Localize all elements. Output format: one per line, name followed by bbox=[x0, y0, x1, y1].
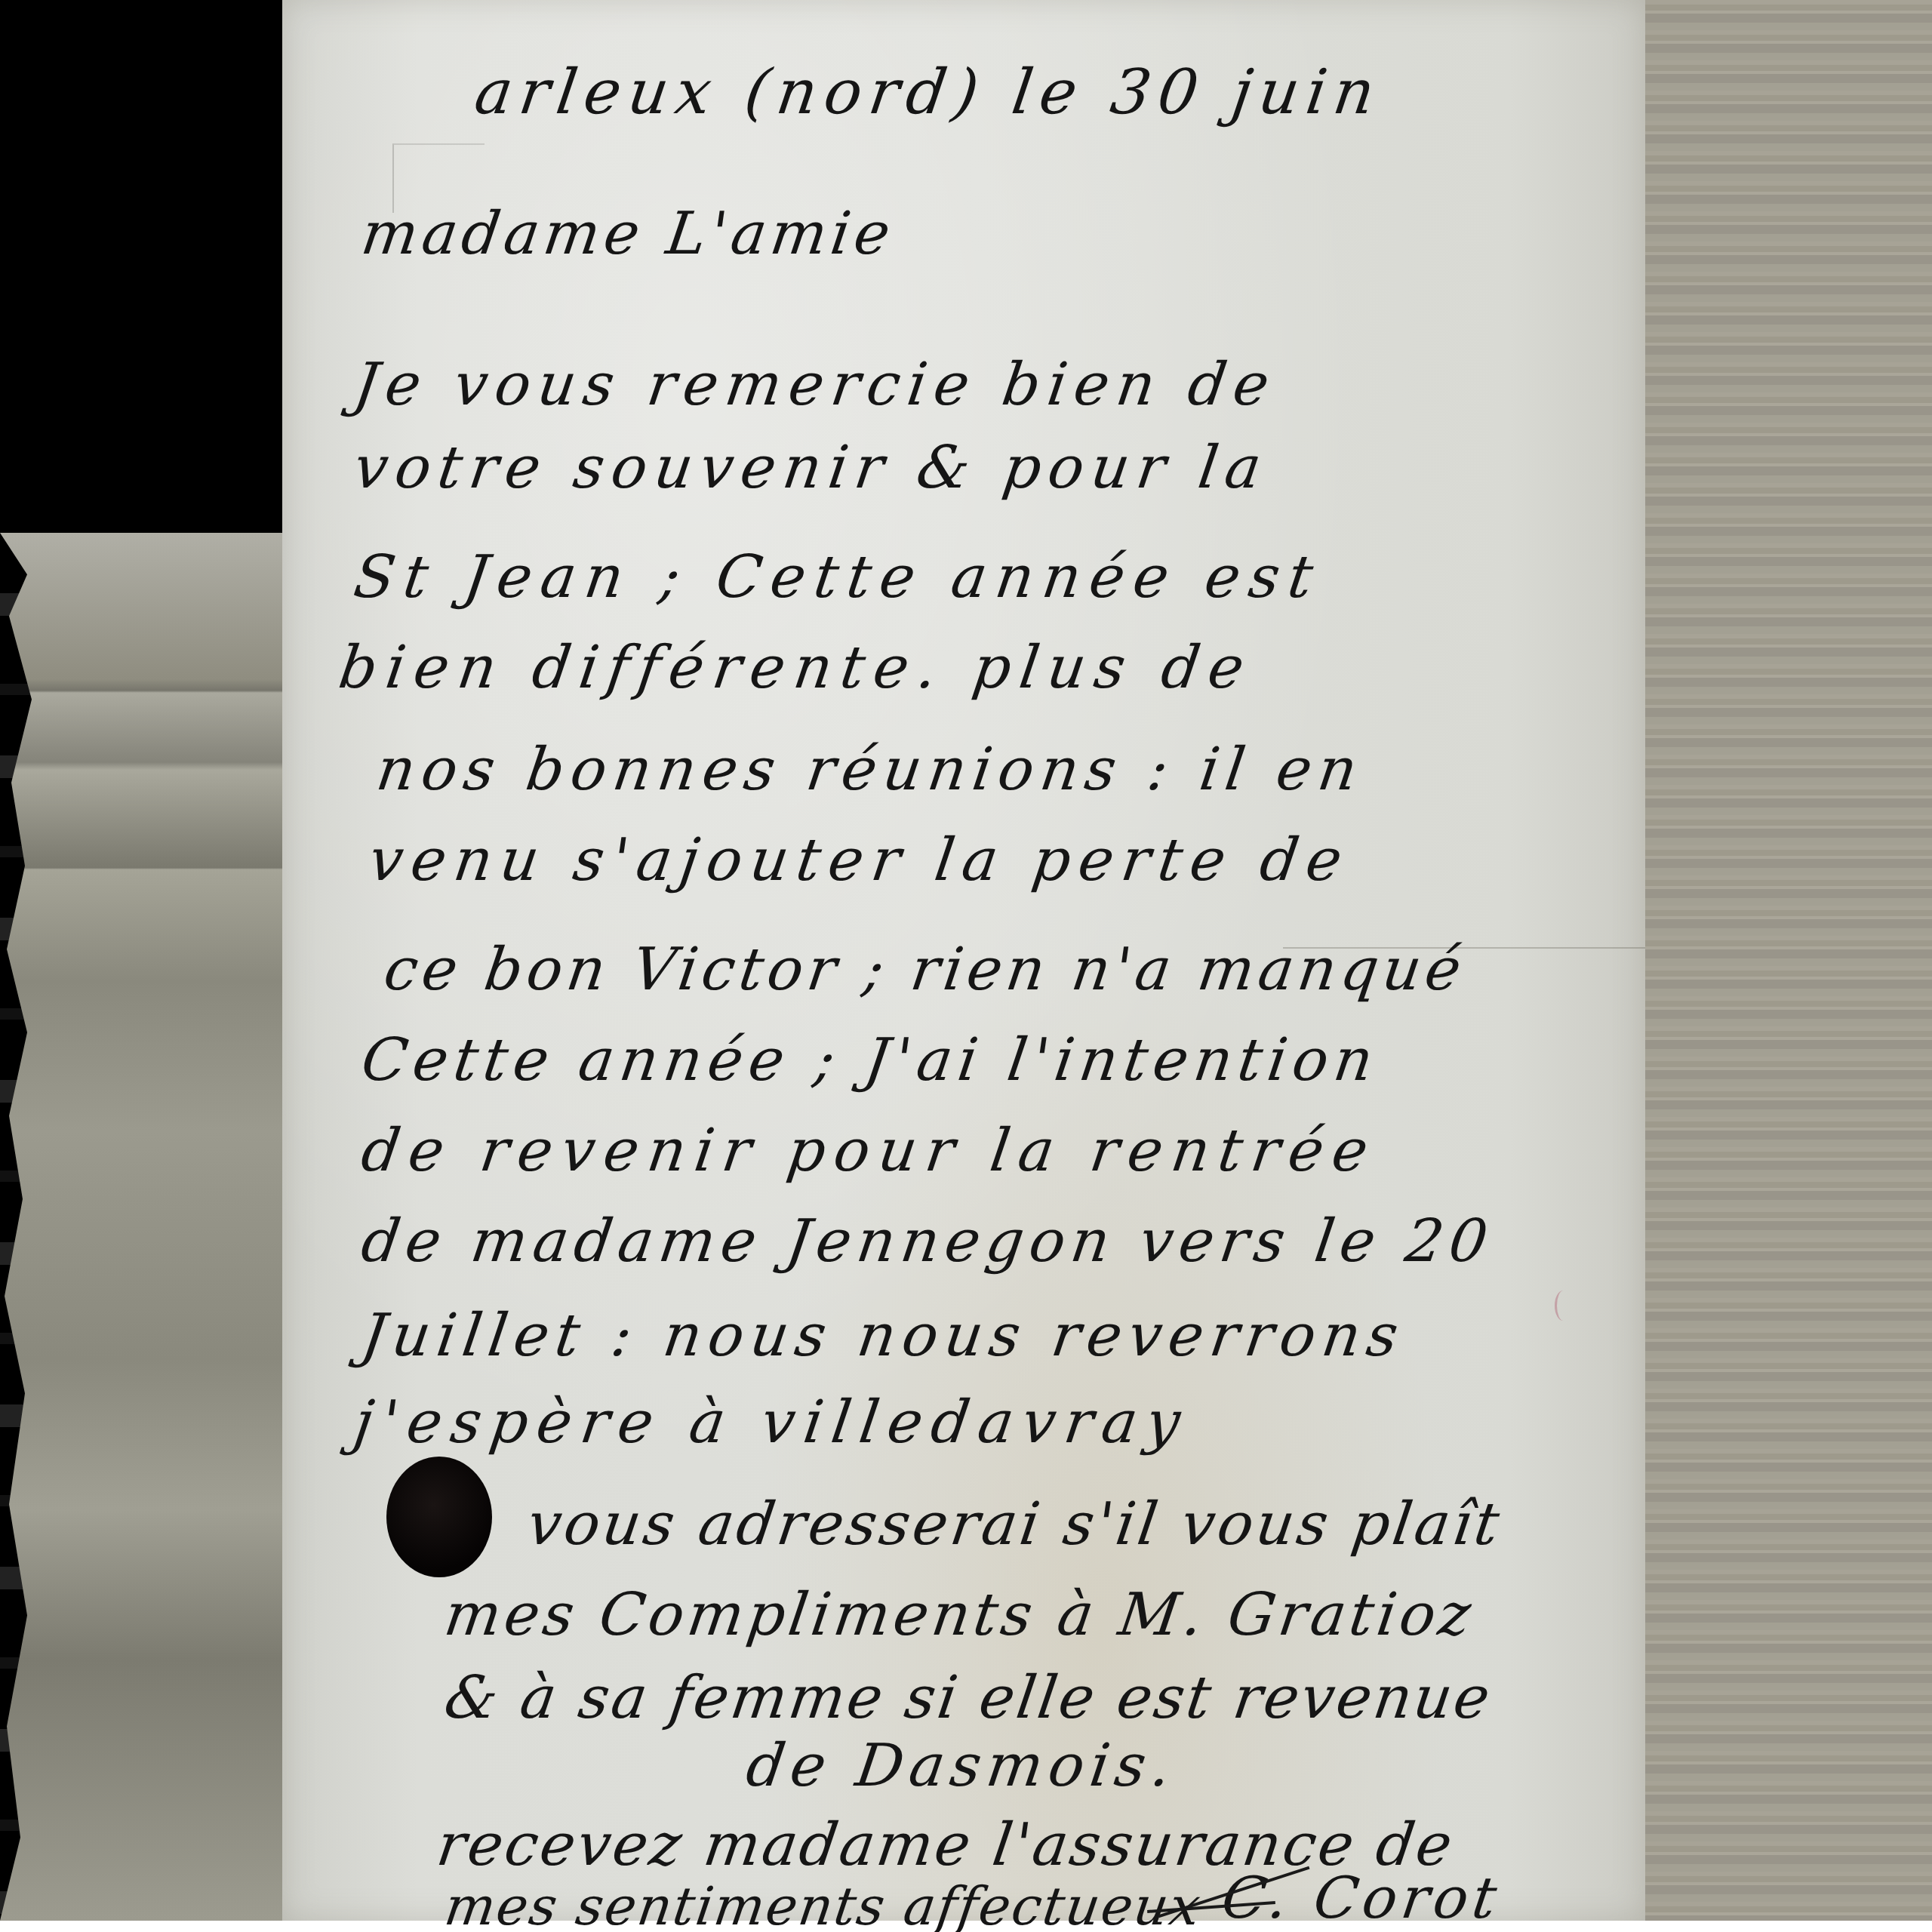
pink-ink-mark bbox=[1555, 1291, 1572, 1321]
letter-line: vous adresserai s'il vous plaît bbox=[524, 1491, 1506, 1558]
letter-line: ce bon Victor ; rien n'a manqué bbox=[380, 936, 1470, 1004]
letter-line: j'espère à villedavray bbox=[350, 1389, 1194, 1457]
wax-seal bbox=[386, 1457, 492, 1577]
letter-line: de Dasmois. bbox=[743, 1732, 1181, 1800]
letter-line: mes Compliments à M. Gratioz bbox=[441, 1581, 1479, 1649]
letter-line: venu s'ajouter la perte de bbox=[365, 826, 1355, 894]
letter-salutation: madame L'amie bbox=[358, 200, 899, 268]
letter-line: Je vous remercie bien de bbox=[350, 351, 1281, 419]
letter-line: nos bonnes réunions : il en bbox=[373, 736, 1368, 804]
letter-line: Cette année ; J'ai l'intention bbox=[358, 1026, 1383, 1094]
letter-line: Juillet : nous nous reverrons bbox=[358, 1302, 1409, 1370]
scan-backdrop-right bbox=[1645, 0, 1932, 1921]
letter-heading: arleux (nord) le 30 juin bbox=[470, 57, 1386, 128]
scan-backdrop-left bbox=[0, 0, 282, 1932]
letter-line: de madame Jennegon vers le 20 bbox=[358, 1207, 1498, 1275]
letter-closing: mes sentiments affectueux bbox=[441, 1875, 1205, 1932]
letter-line: St Jean ; Cette année est bbox=[350, 543, 1326, 611]
letter-line: votre souvenir & pour la bbox=[350, 434, 1273, 502]
signature: C. Corot bbox=[1218, 1864, 1506, 1931]
letter-line: de revenir pour la rentrée bbox=[358, 1117, 1382, 1185]
letter-line: bien différente. plus de bbox=[335, 634, 1257, 702]
letter-line: & à sa femme si elle est revenue bbox=[441, 1664, 1497, 1732]
